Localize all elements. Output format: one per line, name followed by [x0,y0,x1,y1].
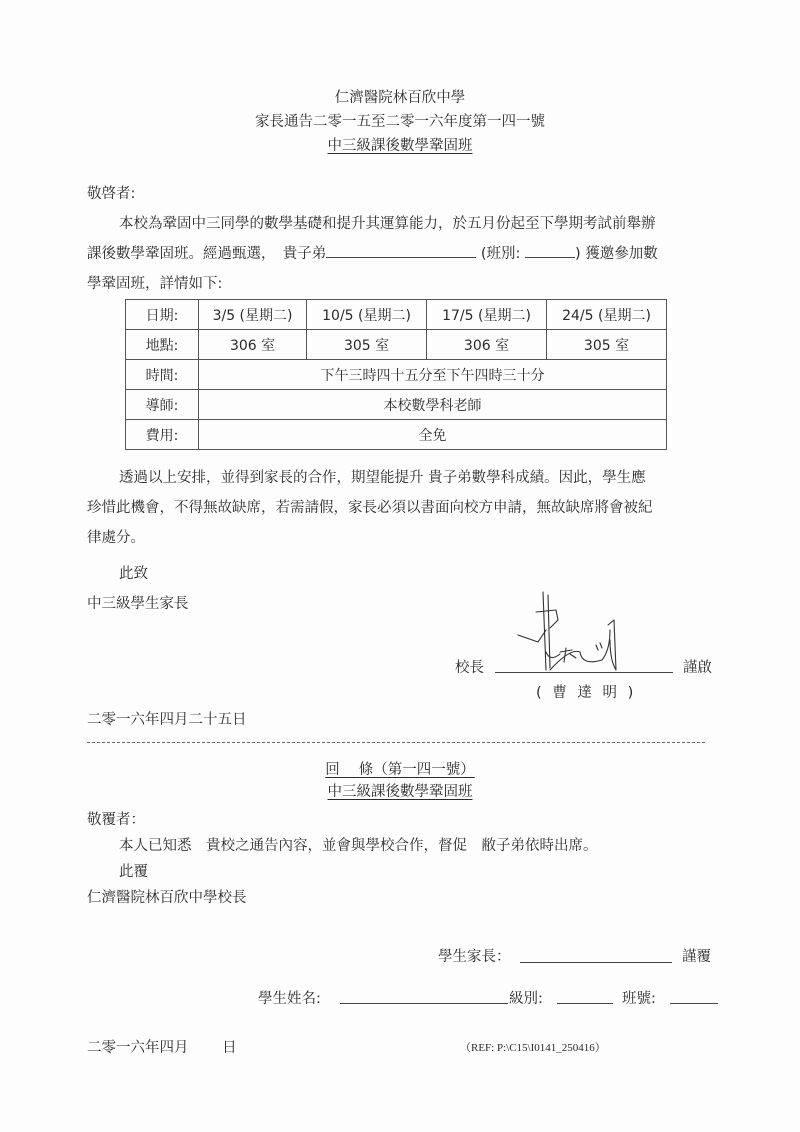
reply-salutation: 敬覆者： [87,808,145,829]
signature-icon [510,590,640,675]
reply-body: 本人已知悉 貴校之通告內容，並會與學校合作，督促 敝子弟依時出席。 [119,834,598,855]
class-blank[interactable] [525,243,575,258]
closing: 此致 [119,562,148,583]
reply-closing: 此覆 [119,860,148,881]
tear-off-line [87,742,705,743]
salutation: 敬啓者: [87,182,135,203]
notice-number: 家長通告二零一五至二零一六年度第一四一號 [0,110,800,131]
parent-suffix: 謹覆 [682,945,711,966]
school-name: 仁濟醫院林百欣中學 [0,86,800,107]
notice-title: 中三級課後數學鞏固班 [0,134,800,155]
student-name-field[interactable] [340,1003,508,1004]
reply-slip-title: 回 條（第一四一號） [0,758,800,779]
reference-code: （REF: P:\C15\I0141_250416） [460,1039,606,1055]
table-cell: 10/5 (星期二) [307,300,427,330]
table-row-date: 日期: 3/5 (星期二) 10/5 (星期二) 17/5 (星期二) 24/5… [126,300,667,330]
table-cell: 306 室 [199,330,307,360]
invitation-text: 課後數學鞏固班。經過甄選， 貴子弟 [87,246,326,262]
table-cell: 305 室 [307,330,427,360]
table-row-fee: 費用: 全免 [126,420,667,450]
row-label: 導師: [126,390,199,420]
table-cell-span: 本校數學科老師 [199,390,667,420]
row-label: 地點: [126,330,199,360]
grade-field[interactable] [557,1003,613,1004]
notice-date: 二零一六年四月二十五日 [87,708,247,729]
table-cell-span: 全免 [199,420,667,450]
table-cell-span: 下午三時四十五分至下午四時三十分 [199,360,667,390]
grade-label: 級別: [509,987,543,1008]
table-cell: 305 室 [547,330,667,360]
paragraph-1-line-3: 學鞏固班，詳情如下: [87,272,222,293]
table-cell: 17/5 (星期二) [427,300,547,330]
paragraph-2-line-3: 律處分。 [87,526,145,547]
reply-date: 二零一六年四月 日 [87,1036,237,1057]
class-number-label: 班號: [622,987,656,1008]
reply-slip-subtitle: 中三級課後數學鞏固班 [0,780,800,801]
class-label: (班別: [481,246,521,262]
parent-label: 學生家長： [438,945,511,966]
paragraph-1-line-1: 本校為鞏固中三同學的數學基礎和提升其運算能力，於五月份起至下學期考試前舉辦 [119,212,656,233]
paragraph-2-line-2: 珍惜此機會，不得無故缺席，若需請假，家長必須以書面向校方申請，無故缺席將會被紀 [87,496,653,517]
table-cell: 24/5 (星期二) [547,300,667,330]
table-cell: 3/5 (星期二) [199,300,307,330]
row-label: 時間: [126,360,199,390]
row-label: 費用: [126,420,199,450]
row-label: 日期: [126,300,199,330]
table-cell: 306 室 [427,330,547,360]
schedule-table: 日期: 3/5 (星期二) 10/5 (星期二) 17/5 (星期二) 24/5… [125,299,667,450]
table-row-time: 時間: 下午三時四十五分至下午四時三十分 [126,360,667,390]
student-name-label: 學生姓名: [258,987,321,1008]
principal-suffix: 謹啟 [683,656,712,677]
principal-name: ( 曹 達 明 ) [536,681,636,702]
paragraph-2-line-1: 透過以上安排，並得到家長的合作，期望能提升 貴子弟數學科成績。因此，學生應 [119,466,646,487]
paragraph-1-line-2: 課後數學鞏固班。經過甄選， 貴子弟 (班別: ) 獲邀參加數 [87,242,658,263]
table-row-tutor: 導師: 本校數學科老師 [126,390,667,420]
reply-recipient: 仁濟醫院林百欣中學校長 [87,886,247,907]
table-row-venue: 地點: 306 室 305 室 306 室 305 室 [126,330,667,360]
student-name-blank[interactable] [326,243,476,258]
parent-signature-field[interactable] [520,962,672,963]
class-number-field[interactable] [670,1003,718,1004]
principal-label: 校長 [455,656,484,677]
recipient: 中三級學生家長 [87,592,189,613]
invitation-text-end: ) 獲邀參加數 [575,246,658,262]
